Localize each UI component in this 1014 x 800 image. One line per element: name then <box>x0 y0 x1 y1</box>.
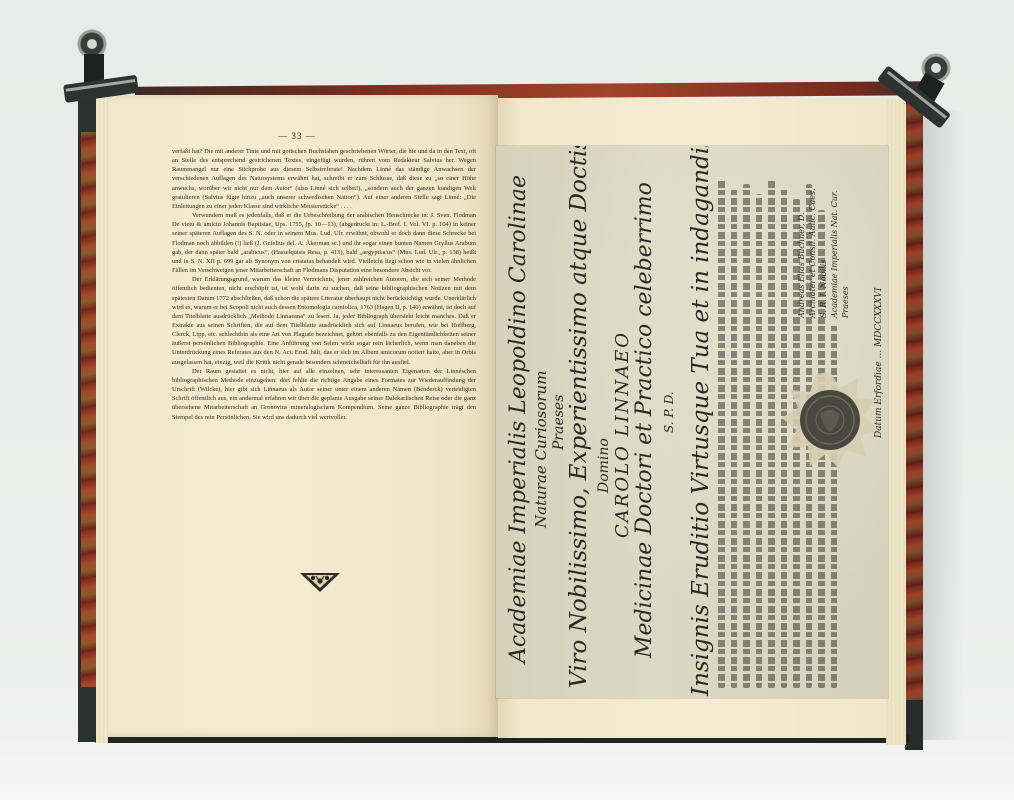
diploma-signature: Andreas Elias Büchner, D. Archiater et C… <box>796 148 851 318</box>
left-page-text: verfaßt hat? Die mit anderer Tinte und m… <box>172 147 476 422</box>
diploma-heading: Academiae Imperialis Leopoldino Carolina… <box>506 175 531 663</box>
diploma-line: S. P. D. <box>662 391 676 433</box>
diploma-line: Viro Nobilissimo, Experientissimo atque … <box>566 146 592 688</box>
diploma-line: Praeses <box>551 395 567 450</box>
page-number: — 33 — <box>96 131 498 141</box>
table-surface <box>0 735 1014 800</box>
binder-clip-right-icon <box>872 52 958 148</box>
diploma-line: Medicinae Doctori et Practico celeberrim… <box>632 182 657 658</box>
paragraph: Der Raum gestattet es nicht, hier auf al… <box>172 367 476 422</box>
paragraph: verfaßt hat? Die mit anderer Tinte und m… <box>172 147 476 211</box>
left-page-stack <box>96 95 108 743</box>
paragraph: Der Erklärungsgrund, warum das kleine Ve… <box>172 275 476 367</box>
wax-seal-icon <box>780 370 880 470</box>
signature-line: Andreas Elias Büchner, D. <box>796 148 807 318</box>
signature-line: S. R. I. Nobilis <box>818 148 829 318</box>
book-shadow <box>923 110 963 740</box>
signature-line: Archiater et Consil. Aulic. Caes. <box>807 148 818 318</box>
vignette-ornament-icon <box>298 570 342 594</box>
paragraph: Verwundern muß es jedenfalls, daß er die… <box>172 211 476 275</box>
diploma-line: Domino <box>596 438 612 493</box>
diploma-recipient-name: CAROLO LINNAEO <box>612 331 633 538</box>
signature-line: Praeses <box>840 148 851 318</box>
right-page-stack <box>886 100 906 745</box>
diploma-line: Insignis Eruditio Virtusque Tua et in in… <box>688 146 714 696</box>
binder-clip-left-icon <box>62 28 138 110</box>
signature-line: Academiae Imperialis Nat. Cur. <box>829 148 840 318</box>
diploma-line: Naturae Curiosorum <box>532 371 550 528</box>
book-cover-right <box>905 100 923 750</box>
